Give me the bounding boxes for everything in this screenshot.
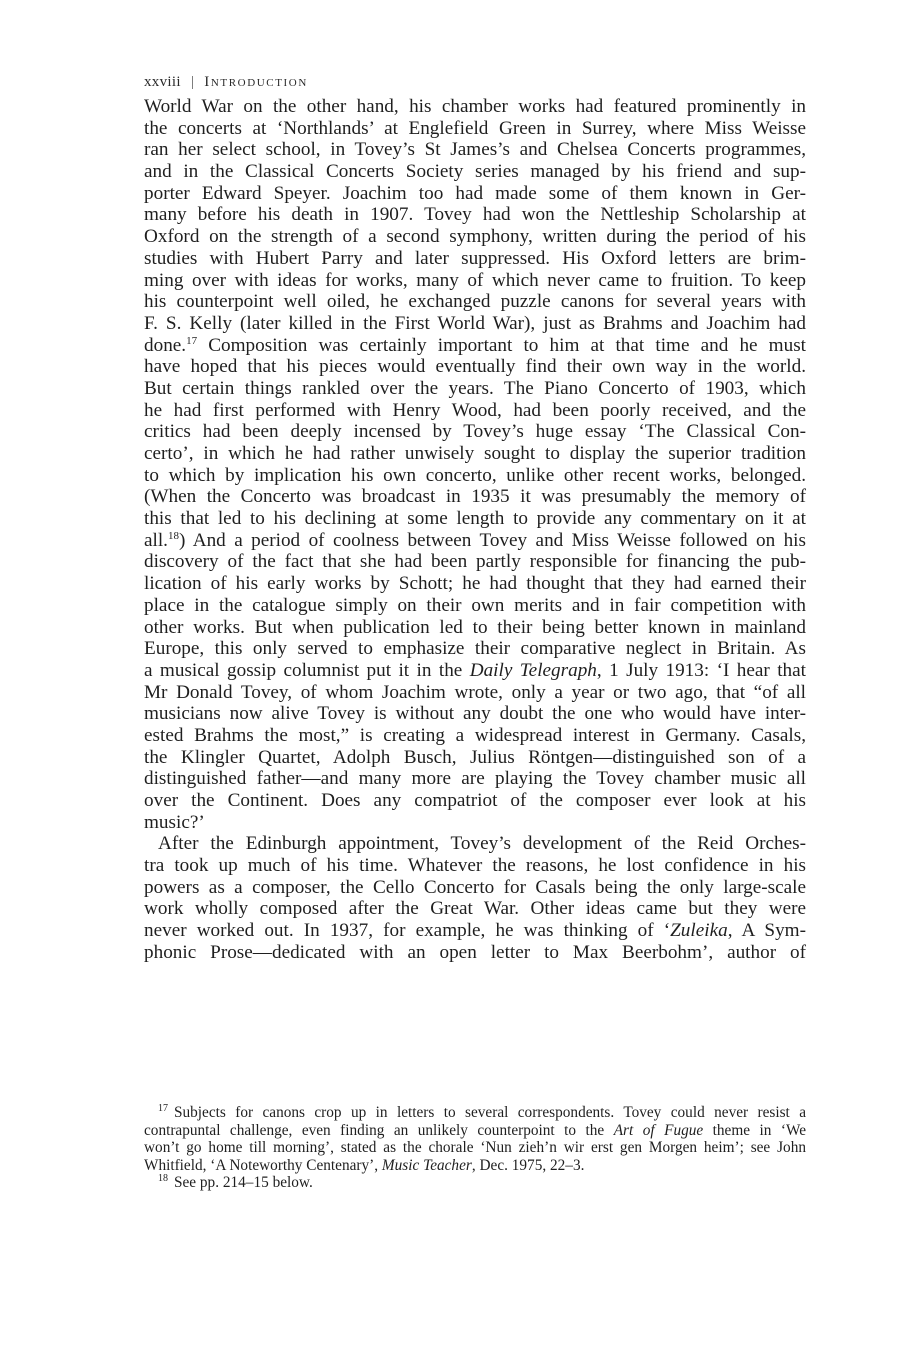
text-line: the Klingler Quartet, Adolph Busch, Juli…	[144, 747, 806, 769]
footnote-text: theme in ‘We	[703, 1122, 806, 1139]
footnote-line: Whitfield, ‘A Noteworthy Centenary’, Mus…	[144, 1157, 806, 1175]
text-fragment: never worked out. In 1937, for example, …	[144, 920, 670, 941]
text-line: his counterpoint well oiled, he exchange…	[144, 291, 806, 313]
text-line: World War on the other hand, his chamber…	[144, 96, 806, 118]
footnote-number: 18	[158, 1173, 168, 1184]
text-line: discovery of the fact that she had been …	[144, 551, 806, 573]
text-line: distinguished father—and many more are p…	[144, 768, 806, 790]
page-body: World War on the other hand, his chamber…	[144, 94, 806, 964]
text-fragment: Composition was certainly important to h…	[197, 335, 806, 356]
text-line: never worked out. In 1937, for example, …	[144, 920, 806, 942]
body-text: World War on the other hand, his chamber…	[144, 96, 806, 964]
paragraph-start-line: After the Edinburgh appointment, Tovey’s…	[144, 833, 806, 855]
text-line: have hoped that his pieces would eventua…	[144, 356, 806, 378]
text-line: over the Continent. Does any compatriot …	[144, 790, 806, 812]
page-number: xxviii	[144, 74, 181, 90]
footnote-18: 18See pp. 214–15 below.	[144, 1174, 806, 1192]
text-line: many before his death in 1907. Tovey had…	[144, 204, 806, 226]
footnote-number: 17	[158, 1103, 168, 1114]
footnote-ref-18[interactable]: 18	[168, 530, 179, 542]
work-title: Zuleika	[670, 920, 728, 941]
text-line: this that led to his declining at some l…	[144, 508, 806, 530]
text-line: F. S. Kelly (later killed in the First W…	[144, 313, 806, 335]
text-line: lication of his early works by Schott; h…	[144, 573, 806, 595]
text-fragment: , A Sym-	[728, 920, 806, 941]
text-line: work wholly composed after the Great War…	[144, 898, 806, 920]
text-line: But certain things rankled over the year…	[144, 378, 806, 400]
text-line: powers as a composer, the Cello Concerto…	[144, 877, 806, 899]
text-line: Oxford on the strength of a second symph…	[144, 226, 806, 248]
footnote-text: See pp. 214–15 below.	[174, 1174, 313, 1191]
text-line: critics had been deeply incensed by Tove…	[144, 421, 806, 443]
footnote-text: , Dec. 1975, 22–3.	[472, 1157, 585, 1174]
text-line: porter Edward Speyer. Joachim too had ma…	[144, 183, 806, 205]
running-head-separator: |	[191, 74, 194, 90]
text-line: ming over with ideas for works, many of …	[144, 270, 806, 292]
text-line: place in the catalogue simply on their o…	[144, 595, 806, 617]
footnotes: 17Subjects for canons crop up in letters…	[144, 1104, 806, 1192]
footnote-line: contrapuntal challenge, even finding an …	[144, 1122, 806, 1140]
publication-title: Daily Telegraph	[470, 660, 597, 681]
text-fragment: all.	[144, 530, 168, 551]
text-fragment: , 1 July 1913: ‘I hear that	[597, 660, 806, 681]
footnote-ref-17[interactable]: 17	[186, 335, 197, 347]
text-fragment: ) And a period of coolness between Tovey…	[179, 530, 806, 551]
text-fragment: a musical gossip columnist put it in the	[144, 660, 470, 681]
text-line: he had first performed with Henry Wood, …	[144, 400, 806, 422]
running-head: xxviii | Introduction	[144, 72, 308, 92]
text-line: tra took up much of his time. Whatever t…	[144, 855, 806, 877]
running-head-title: Introduction	[204, 74, 308, 90]
footnote-text: Subjects for canons crop up in letters t…	[174, 1104, 806, 1121]
text-line: Europe, this only served to emphasize th…	[144, 638, 806, 660]
text-line: music?’	[144, 812, 806, 834]
text-line: to which by implication his own concerto…	[144, 465, 806, 487]
footnote-text: contrapuntal challenge, even finding an …	[144, 1122, 614, 1139]
text-line: studies with Hubert Parry and later supp…	[144, 248, 806, 270]
text-fragment: done.	[144, 335, 186, 356]
text-line: phonic Prose—dedicated with an open lett…	[144, 942, 806, 964]
text-line: (When the Concerto was broadcast in 1935…	[144, 486, 806, 508]
text-line: musicians now alive Tovey is without any…	[144, 703, 806, 725]
text-line: Mr Donald Tovey, of whom Joachim wrote, …	[144, 682, 806, 704]
text-line: ested Brahms the most,” is creating a wi…	[144, 725, 806, 747]
text-line: certo’, in which he had rather unwisely …	[144, 443, 806, 465]
footnote-text: Whitfield, ‘A Noteworthy Centenary’,	[144, 1157, 382, 1174]
text-line: all.18) And a period of coolness between…	[144, 530, 806, 552]
publication-title: Music Teacher	[382, 1157, 472, 1174]
work-title: Art of Fugue	[614, 1122, 703, 1139]
text-line: other works. But when publication led to…	[144, 617, 806, 639]
text-line: the concerts at ‘Northlands’ at Englefie…	[144, 118, 806, 140]
footnote-17: 17Subjects for canons crop up in letters…	[144, 1104, 806, 1122]
footnote-line: won’t go home till morning’, stated as t…	[144, 1139, 806, 1157]
text-line: done.17 Composition was certainly import…	[144, 335, 806, 357]
text-line: a musical gossip columnist put it in the…	[144, 660, 806, 682]
text-line: and in the Classical Concerts Society se…	[144, 161, 806, 183]
text-line: ran her select school, in Tovey’s St Jam…	[144, 139, 806, 161]
